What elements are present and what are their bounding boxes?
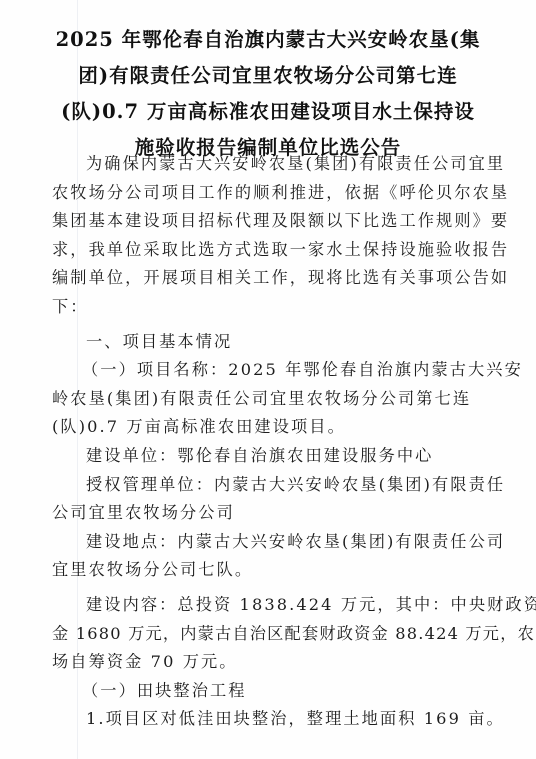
- subsection-heading: （一）田块整治工程: [52, 677, 462, 706]
- intro-line: 编制单位，开展项目相关工作，现将比选有关事项公告如: [52, 264, 462, 293]
- authorized-unit-line: 公司宜里农牧场分公司: [52, 499, 462, 528]
- intro-line: 求，我单位采取比选方式选取一家水土保持设施验收报告: [52, 236, 462, 265]
- authorized-unit-line: 授权管理单位：内蒙古大兴安岭农垦(集团)有限责任: [52, 471, 462, 500]
- title-line: 团)有限责任公司宜里农牧场分公司第七连: [40, 58, 496, 94]
- document-body: 为确保内蒙古大兴安岭农垦(集团)有限责任公司宜里 农牧场分公司项目工作的顺利推进…: [52, 150, 462, 734]
- project-name-line: 岭农垦(集团)有限责任公司宜里农牧场分公司第七连: [52, 385, 462, 414]
- section-heading: 一、项目基本情况: [52, 328, 462, 357]
- project-name-line: (队)0.7 万亩高标准农田建设项目。: [52, 413, 462, 442]
- document-title: 2025 年鄂伦春自治旗内蒙古大兴安岭农垦(集 团)有限责任公司宜里农牧场分公司…: [40, 22, 496, 166]
- item-1: 1.项目区对低洼田块整治，整理土地面积 169 亩。: [52, 705, 462, 734]
- title-line: (队)0.7 万亩高标准农田建设项目水土保持设: [40, 94, 496, 130]
- location-line: 宜里农牧场分公司七队。: [52, 556, 462, 585]
- construction-unit: 建设单位：鄂伦春自治旗农田建设服务中心: [52, 442, 462, 471]
- title-line: 2025 年鄂伦春自治旗内蒙古大兴安岭农垦(集: [40, 22, 496, 58]
- intro-line: 集团基本建设项目招标代理及限额以下比选工作规则》要: [52, 207, 462, 236]
- location-line: 建设地点：内蒙古大兴安岭农垦(集团)有限责任公司: [52, 528, 462, 557]
- content-line: 建设内容：总投资 1838.424 万元，其中：中央财政资: [52, 591, 462, 620]
- intro-line: 农牧场分公司项目工作的顺利推进，依据《呼伦贝尔农垦: [52, 179, 462, 208]
- content-line: 金 1680 万元，内蒙古自治区配套财政资金 88.424 万元，农: [52, 620, 462, 649]
- intro-line: 下：: [52, 293, 462, 322]
- document-page: 2025 年鄂伦春自治旗内蒙古大兴安岭农垦(集 团)有限责任公司宜里农牧场分公司…: [0, 0, 536, 759]
- project-name-line: （一）项目名称：2025 年鄂伦春自治旗内蒙古大兴安: [52, 356, 462, 385]
- intro-line: 为确保内蒙古大兴安岭农垦(集团)有限责任公司宜里: [52, 150, 462, 179]
- content-line: 场自筹资金 70 万元。: [52, 648, 462, 677]
